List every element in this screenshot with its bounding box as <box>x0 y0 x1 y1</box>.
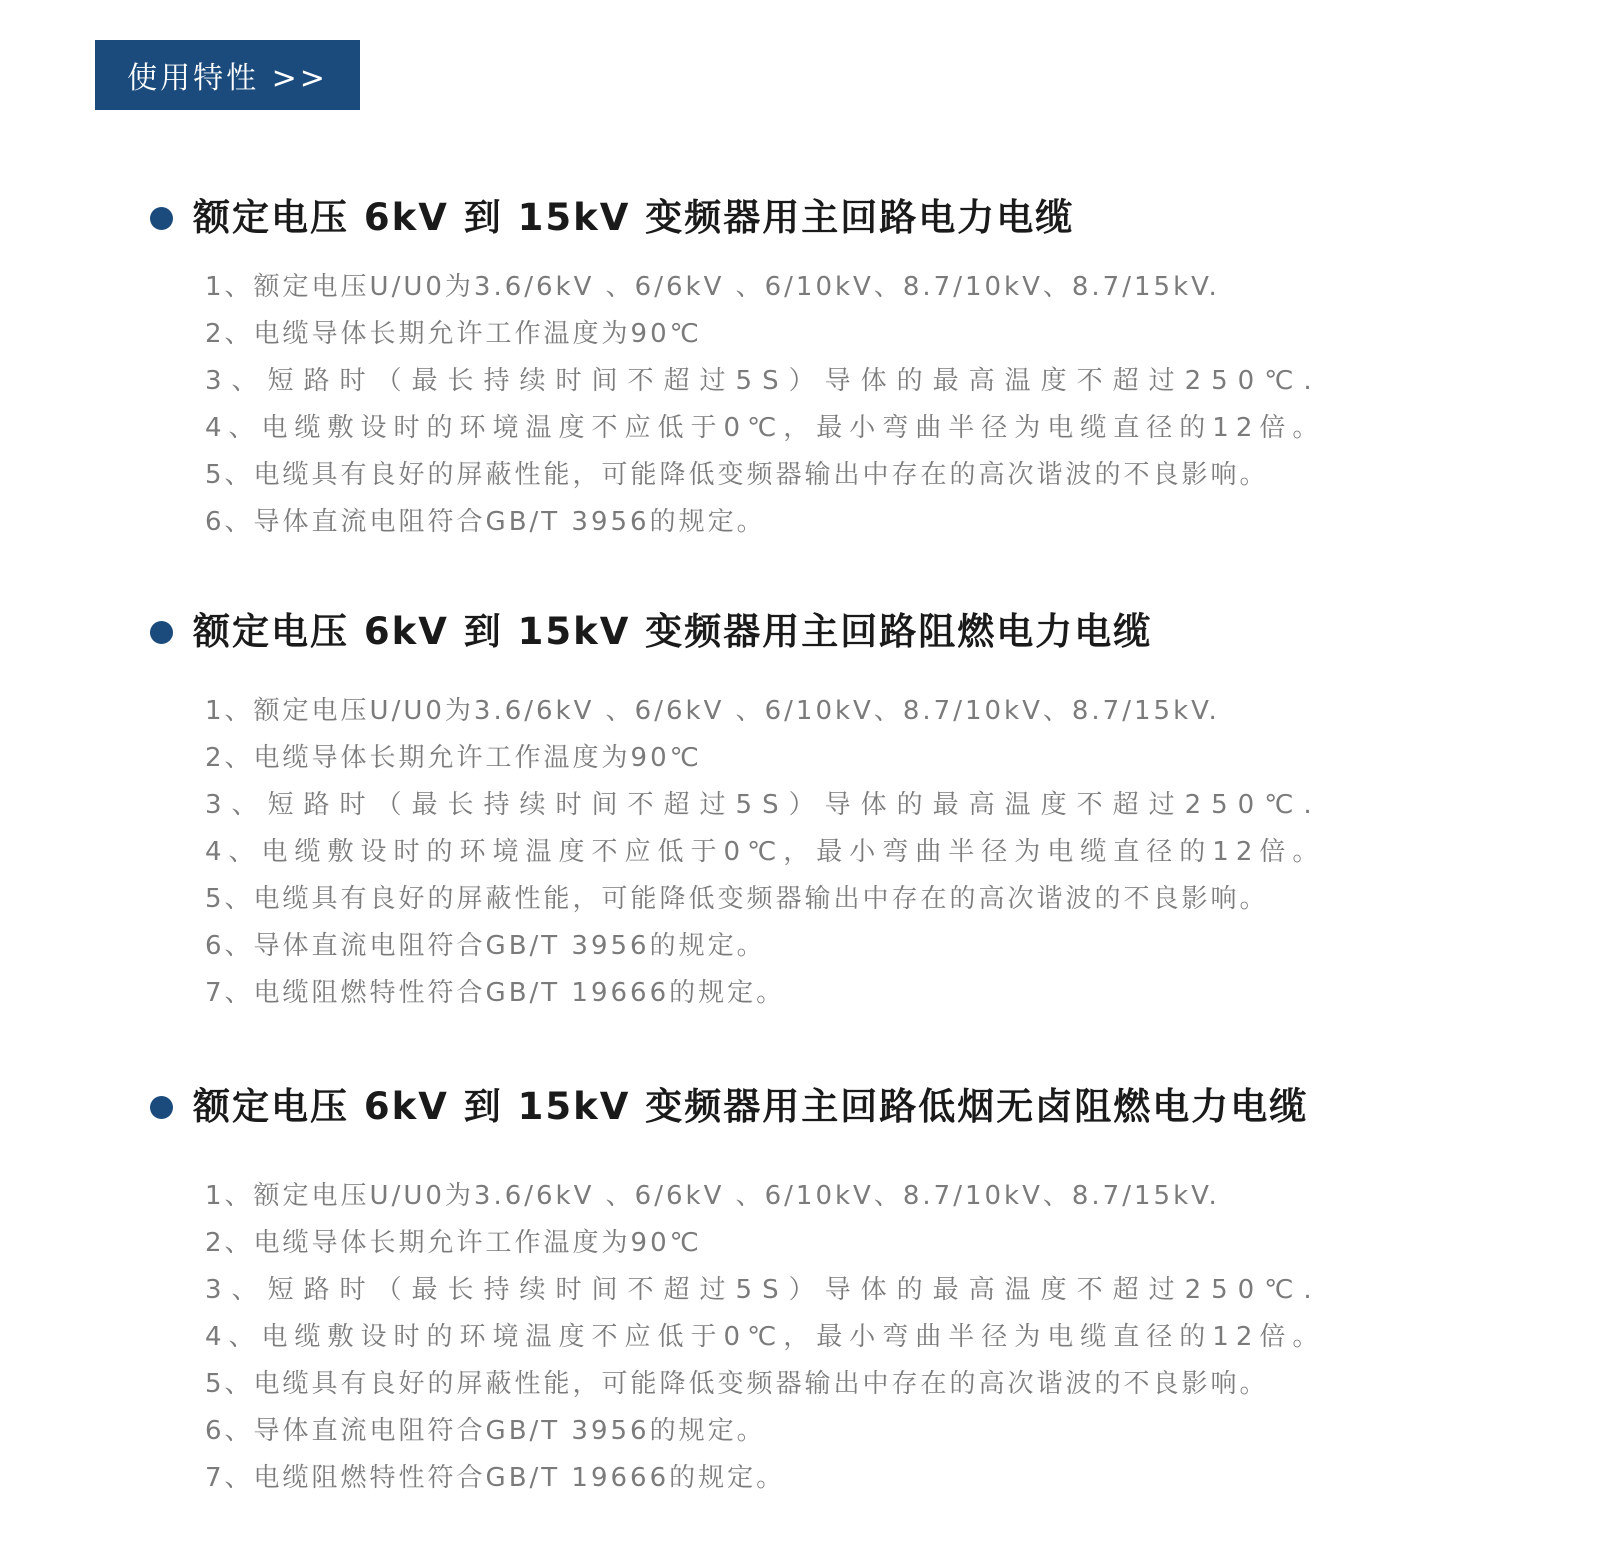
spec-list: 1、额定电压U/U0为3.6/6kV 、6/6kV 、6/10kV、8.7/10… <box>205 1173 1542 1502</box>
section-main-circuit-cable: 额定电压 6kV 到 15kV 变频器用主回路电力电缆 1、额定电压U/U0为3… <box>150 196 1542 546</box>
spec-list: 1、额定电压U/U0为3.6/6kV 、6/6kV 、6/10kV、8.7/10… <box>205 264 1542 546</box>
spec-item: 3、短路时（最长持续时间不超过5S）导体的最高温度不超过250℃. <box>205 358 1542 405</box>
spec-item: 2、电缆导体长期允许工作温度为90℃ <box>205 1220 1542 1267</box>
spec-item: 4、电缆敷设时的环境温度不应低于0℃，最小弯曲半径为电缆直径的12倍。 <box>205 405 1542 452</box>
spec-item: 3、短路时（最长持续时间不超过5S）导体的最高温度不超过250℃. <box>205 1267 1542 1314</box>
spec-item: 6、导体直流电阻符合GB/T 3956的规定。 <box>205 923 1542 970</box>
section-title: 额定电压 6kV 到 15kV 变频器用主回路阻燃电力电缆 <box>193 610 1152 654</box>
spec-item: 5、电缆具有良好的屏蔽性能，可能降低变频器输出中存在的高次谐波的不良影响。 <box>205 1361 1542 1408</box>
spec-item: 5、电缆具有良好的屏蔽性能，可能降低变频器输出中存在的高次谐波的不良影响。 <box>205 876 1542 923</box>
spec-item: 3、短路时（最长持续时间不超过5S）导体的最高温度不超过250℃. <box>205 782 1542 829</box>
spec-item: 5、电缆具有良好的屏蔽性能，可能降低变频器输出中存在的高次谐波的不良影响。 <box>205 452 1542 499</box>
spec-item: 4、电缆敷设时的环境温度不应低于0℃，最小弯曲半径为电缆直径的12倍。 <box>205 1314 1542 1361</box>
spec-item: 6、导体直流电阻符合GB/T 3956的规定。 <box>205 1408 1542 1455</box>
spec-list: 1、额定电压U/U0为3.6/6kV 、6/6kV 、6/10kV、8.7/10… <box>205 688 1542 1017</box>
section-flame-retardant-cable: 额定电压 6kV 到 15kV 变频器用主回路阻燃电力电缆 1、额定电压U/U0… <box>150 610 1542 1017</box>
bullet-dot-icon <box>150 621 173 644</box>
spec-item: 1、额定电压U/U0为3.6/6kV 、6/6kV 、6/10kV、8.7/10… <box>205 264 1542 311</box>
section-heading: 额定电压 6kV 到 15kV 变频器用主回路阻燃电力电缆 <box>150 610 1542 654</box>
spec-item: 4、电缆敷设时的环境温度不应低于0℃，最小弯曲半径为电缆直径的12倍。 <box>205 829 1542 876</box>
spec-item: 1、额定电压U/U0为3.6/6kV 、6/6kV 、6/10kV、8.7/10… <box>205 688 1542 735</box>
spec-item: 2、电缆导体长期允许工作温度为90℃ <box>205 311 1542 358</box>
section-title: 额定电压 6kV 到 15kV 变频器用主回路低烟无卤阻燃电力电缆 <box>193 1085 1308 1129</box>
spec-item: 2、电缆导体长期允许工作温度为90℃ <box>205 735 1542 782</box>
section-heading: 额定电压 6kV 到 15kV 变频器用主回路低烟无卤阻燃电力电缆 <box>150 1085 1542 1129</box>
section-heading: 额定电压 6kV 到 15kV 变频器用主回路电力电缆 <box>150 196 1542 240</box>
spec-item: 6、导体直流电阻符合GB/T 3956的规定。 <box>205 499 1542 546</box>
spec-item: 1、额定电压U/U0为3.6/6kV 、6/6kV 、6/10kV、8.7/10… <box>205 1173 1542 1220</box>
section-title: 额定电压 6kV 到 15kV 变频器用主回路电力电缆 <box>193 196 1074 240</box>
spec-item: 7、电缆阻燃特性符合GB/T 19666的规定。 <box>205 1455 1542 1502</box>
spec-item: 7、电缆阻燃特性符合GB/T 19666的规定。 <box>205 970 1542 1017</box>
bullet-dot-icon <box>150 207 173 230</box>
section-lszh-flame-retardant-cable: 额定电压 6kV 到 15kV 变频器用主回路低烟无卤阻燃电力电缆 1、额定电压… <box>150 1085 1542 1502</box>
bullet-dot-icon <box>150 1096 173 1119</box>
document-content: 额定电压 6kV 到 15kV 变频器用主回路电力电缆 1、额定电压U/U0为3… <box>150 0 1542 1502</box>
